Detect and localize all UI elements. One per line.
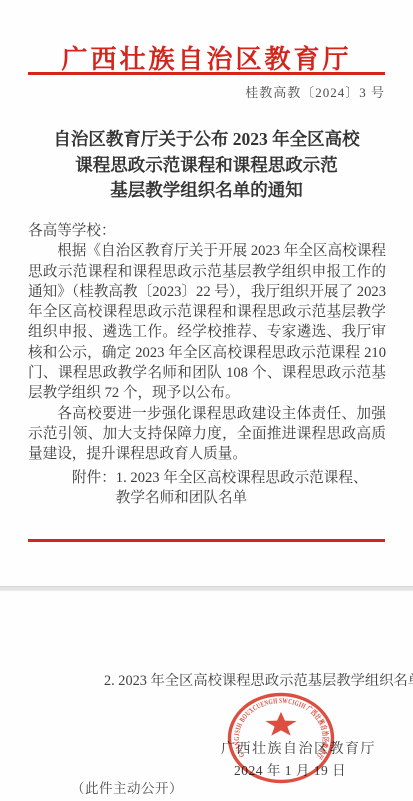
attachment-item-2: 2. 2023 年全区高校课程思政示范基层教学组织名单 — [104, 670, 413, 690]
red-divider-bottom — [28, 539, 385, 542]
title-line-3: 基层教学组织名单的通知 — [0, 178, 413, 204]
agency-letterhead: 广西壮族自治区教育厅 — [0, 39, 413, 76]
title-line-1: 自治区教育厅关于公布 2023 年全区高校 — [0, 127, 413, 153]
attachments-label: 附件： — [72, 468, 116, 509]
page-2: 2. 2023 年全区高校课程思政示范基层教学组织名单 广西壮族自治区教育厅 2… — [0, 592, 413, 801]
document-title: 自治区教育厅关于公布 2023 年全区高校 课程思政示范课程和课程思政示范 基层… — [0, 127, 413, 204]
official-seal-stamp: GVANGJSIH BOUXCUENGH SWCIGIH 广西壮族自治区教育厅 — [225, 691, 338, 788]
page-separator — [0, 586, 413, 591]
attachment-item-1: 1. 2023 年全区高校课程思政示范课程、教学名师和团队名单 — [116, 468, 376, 509]
page-1: 广西壮族自治区教育厅 桂教高教〔2024〕3 号 自治区教育厅关于公布 2023… — [0, 0, 413, 586]
document-body: 各高等学校： 根据《自治区教育厅关于开展 2023 年全区高校课程思政示范课程和… — [28, 221, 386, 465]
seal-ring — [230, 695, 333, 782]
red-divider-top — [28, 72, 385, 75]
body-paragraph-2: 各高校要进一步强化课程思政建设主体责任、加强示范引领、加大支持保障力度，全面推进… — [28, 404, 386, 465]
document-viewer: 广西壮族自治区教育厅 桂教高教〔2024〕3 号 自治区教育厅关于公布 2023… — [0, 0, 413, 801]
disclosure-note: （此件主动公开） — [71, 777, 183, 797]
document-number: 桂教高教〔2024〕3 号 — [245, 82, 385, 101]
salutation: 各高等学校： — [28, 221, 386, 241]
title-line-2: 课程思政示范课程和课程思政示范 — [0, 153, 413, 179]
attachments-list: 附件： 1. 2023 年全区高校课程思政示范课程、教学名师和团队名单 — [72, 468, 386, 509]
body-paragraph-1: 根据《自治区教育厅关于开展 2023 年全区高校课程思政示范课程和课程思政示范基… — [28, 241, 386, 403]
star-icon — [265, 712, 296, 736]
